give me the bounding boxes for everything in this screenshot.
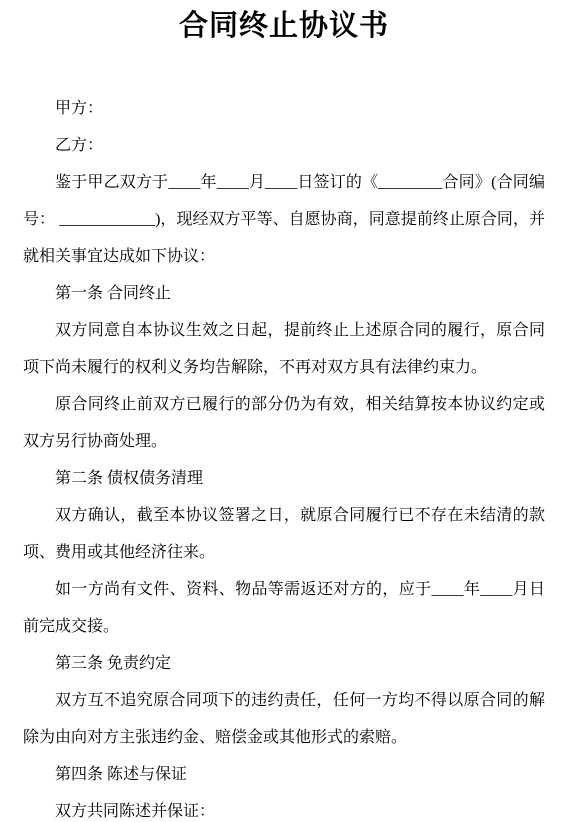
article-2-heading: 第二条 债权债务清理	[23, 460, 545, 497]
article-2-clause-1: 双方确认，截至本协议签署之日，就原合同履行已不存在未结清的款项、费用或其他经济往…	[23, 497, 545, 571]
party-a-line: 甲方：	[23, 90, 545, 127]
article-1-clause-1: 双方同意自本协议生效之日起，提前终止上述原合同的履行，原合同项下尚未履行的权利义…	[23, 312, 545, 386]
contract-document-page: 合同终止协议书 甲方： 乙方： 鉴于甲乙双方于____年____月____日签订…	[0, 0, 568, 822]
article-2-clause-2: 如一方尚有文件、资料、物品等需返还对方的，应于____年____月日前完成交接。	[23, 571, 545, 645]
document-body: 甲方： 乙方： 鉴于甲乙双方于____年____月____日签订的《______…	[0, 90, 568, 822]
preamble-paragraph: 鉴于甲乙双方于____年____月____日签订的《________合同》(合同…	[23, 164, 545, 275]
article-3-heading: 第三条 免责约定	[23, 645, 545, 682]
document-title: 合同终止协议书	[0, 6, 568, 46]
party-b-line: 乙方：	[23, 127, 545, 164]
article-3-clause-1: 双方互不追究原合同项下的违约责任，任何一方均不得以原合同的解除为由向对方主张违约…	[23, 682, 545, 756]
article-1-heading: 第一条 合同终止	[23, 275, 545, 312]
article-4-heading: 第四条 陈述与保证	[23, 756, 545, 793]
article-4-clause-1: 双方共同陈述并保证：	[23, 793, 545, 822]
article-1-clause-2: 原合同终止前双方已履行的部分仍为有效，相关结算按本协议约定或双方另行协商处理。	[23, 386, 545, 460]
